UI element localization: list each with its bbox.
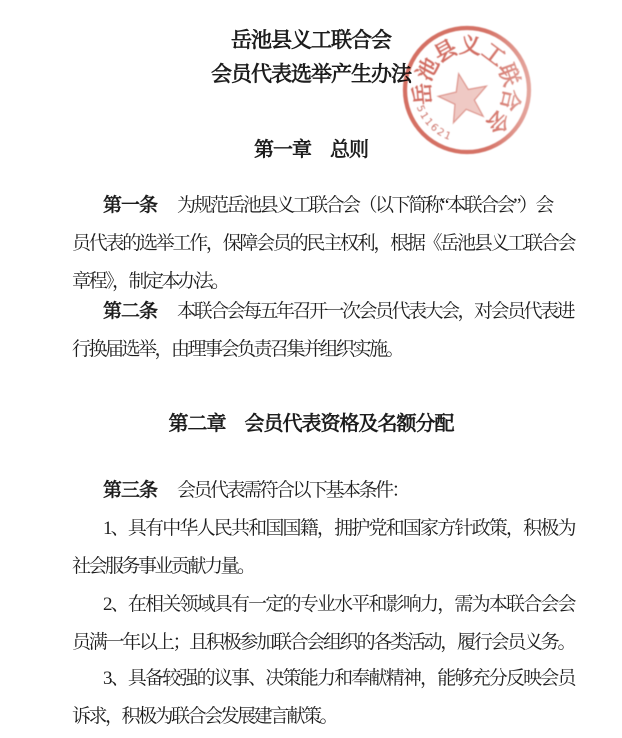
article2-paragraph: 第二条本联合会每五年召开一次会员代表大会，对会员代表进 行换届选举，由理事会负责… [72, 293, 574, 369]
chapter1-heading: 第一章 总则 [0, 133, 622, 162]
article1-line2: 员代表的选举工作，保障会员的民主权利，根据《岳池县义工联合会 [72, 225, 574, 263]
doc-title-line2: 会员代表选举产生办法 [0, 58, 622, 88]
article3-line1: 第三条会员代表需符合以下基本条件： [72, 472, 574, 510]
chapter2-heading: 第二章 会员代表资格及名额分配 [0, 407, 622, 436]
article2-label: 第二条 [103, 301, 157, 322]
seal-number-digit-0: 5 [414, 104, 427, 114]
article1-line1-text: 为规范岳池县义工联合会（以下简称“本联合会”）会 [177, 195, 552, 216]
article1-line1: 第一条为规范岳池县义工联合会（以下简称“本联合会”）会 [72, 187, 574, 225]
item1-line2: 社会服务事业贡献力量。 [72, 548, 574, 586]
condition-item-3: 3、具备较强的议事、决策能力和奉献精神，能够充分反映会员 诉求，积极为联合会发展… [72, 660, 574, 736]
item1-line1: 1、具有中华人民共和国国籍，拥护党和国家方针政策，积极为 [72, 510, 574, 548]
document-page: 岳池县义工联合会 会员代表选举产生办法 第一章 总则 第一条为规范岳池县义工联合… [0, 0, 622, 738]
article1-paragraph: 第一条为规范岳池县义工联合会（以下简称“本联合会”）会 员代表的选举工作，保障会… [72, 187, 574, 301]
item3-line2: 诉求，积极为联合会发展建言献策。 [72, 698, 574, 736]
article2-line2: 行换届选举，由理事会负责召集并组织实施。 [72, 331, 574, 369]
article2-line1-text: 本联合会每五年召开一次会员代表大会，对会员代表进 [177, 301, 573, 322]
seal-arc-char-6: 合 [496, 86, 525, 113]
seal-number-digit-2: 1 [422, 116, 435, 128]
doc-title-line1: 岳池县义工联合会 [0, 24, 622, 54]
condition-item-1: 1、具有中华人民共和国国籍，拥护党和国家方针政策，积极为 社会服务事业贡献力量。 [72, 510, 574, 586]
article3-paragraph: 第三条会员代表需符合以下基本条件： [72, 472, 574, 510]
article2-line1: 第二条本联合会每五年召开一次会员代表大会，对会员代表进 [72, 293, 574, 331]
article3-line1-text: 会员代表需符合以下基本条件： [177, 480, 408, 501]
article1-label: 第一条 [103, 195, 157, 216]
article3-label: 第三条 [103, 480, 157, 501]
item2-line2: 员满一年以上；且积极参加联合会组织的各类活动，履行会员义务。 [72, 624, 574, 662]
item3-line1: 3、具备较强的议事、决策能力和奉献精神，能够充分反映会员 [72, 660, 574, 698]
seal-number-digit-1: 1 [417, 110, 430, 121]
item2-line1: 2、在相关领域具有一定的专业水平和影响力，需为本联合会会 [72, 586, 574, 624]
condition-item-2: 2、在相关领域具有一定的专业水平和影响力，需为本联合会会 员满一年以上；且积极参… [72, 586, 574, 662]
